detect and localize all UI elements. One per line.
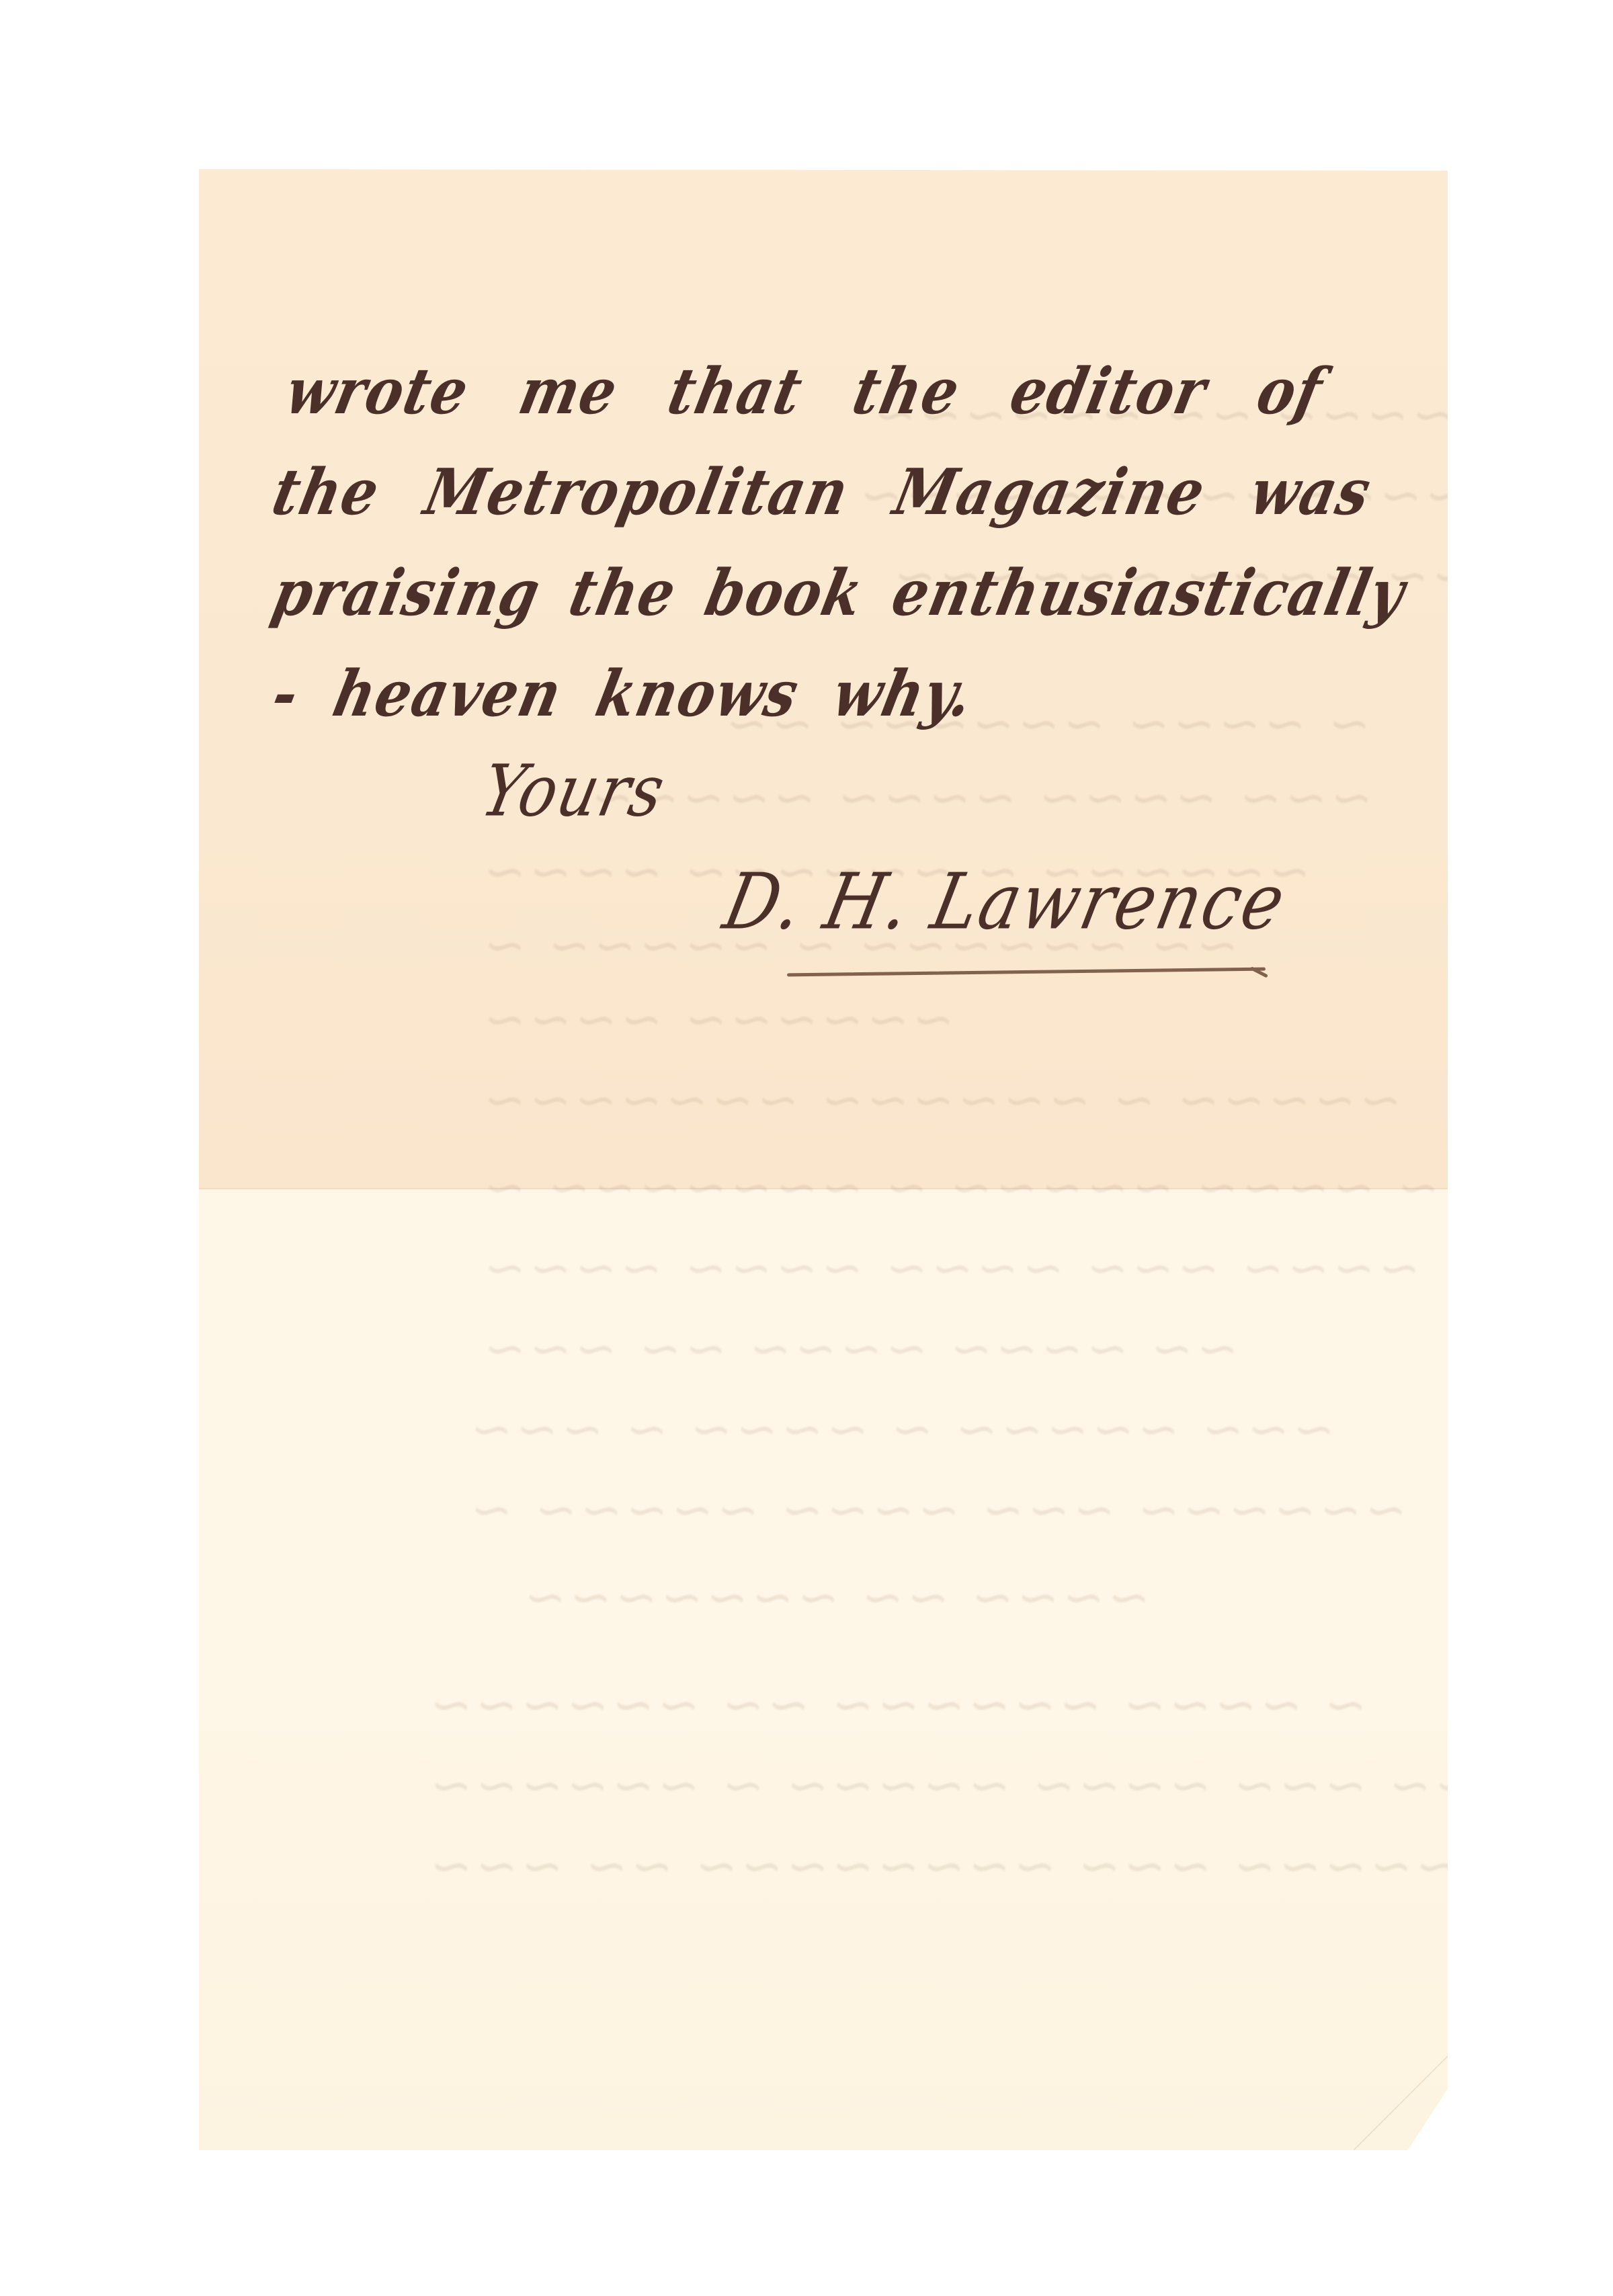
letter-line-3: praising the book enthusiastically bbox=[266, 556, 1412, 630]
show-through-text: ~ ~~~~ ~~~~~~ ~~ ~~~~~~ bbox=[421, 1674, 1374, 1734]
show-through-text: ~~~~~~ ~~~~ bbox=[475, 989, 962, 1049]
letter-closing: Yours bbox=[474, 750, 673, 833]
letter-sheet: ~~~~~ ~~ ~~~~~~ ~~~~~~ ~~~~~~~ ~~~~ ~~~~… bbox=[199, 169, 1448, 2150]
show-through-text: ~~~~ ~~~ ~~~~ ~~~~ ~~~~ bbox=[475, 1238, 1428, 1298]
show-through-text: ~~~~~~ ~~~ ~~~~ ~~~~~ ~ bbox=[462, 1480, 1414, 1539]
corner-crease bbox=[1354, 2056, 1448, 2150]
letter-line-4: - heaven knows why. bbox=[266, 657, 980, 731]
letter-line-1: wrote me that the editor of bbox=[280, 355, 1329, 429]
show-through-text: ~~~ ~~~~~ ~ ~~~~ ~ ~~~ bbox=[462, 1399, 1342, 1459]
show-through-text: ~~~~~ ~~~ ~~~~~~~~ ~~ ~~~ bbox=[421, 1836, 1465, 1896]
show-through-text: ~ ~~~~ ~~~~~ ~ ~~~~~~~ ~ bbox=[475, 1157, 1447, 1217]
letter-line-2: the Metropolitan Magazine was bbox=[266, 456, 1378, 529]
show-through-text: ~~~~~ ~ ~~~~~~ ~~~~~~~ bbox=[475, 1070, 1409, 1130]
signature: D. H. Lawrence bbox=[716, 856, 1294, 947]
show-through-text: ~~ ~~~~ ~~~~ ~~ ~~~ bbox=[475, 1318, 1246, 1378]
show-through-text: ~~ ~~~ ~~~~ ~~~~~ ~ ~~~~~~ bbox=[421, 1755, 1484, 1815]
show-through-text: ~~~ ~~~~ ~~~~ ~~~~~ bbox=[583, 767, 1380, 827]
show-through-text: ~~~~ ~~ ~~~~~~~ bbox=[515, 1567, 1157, 1627]
